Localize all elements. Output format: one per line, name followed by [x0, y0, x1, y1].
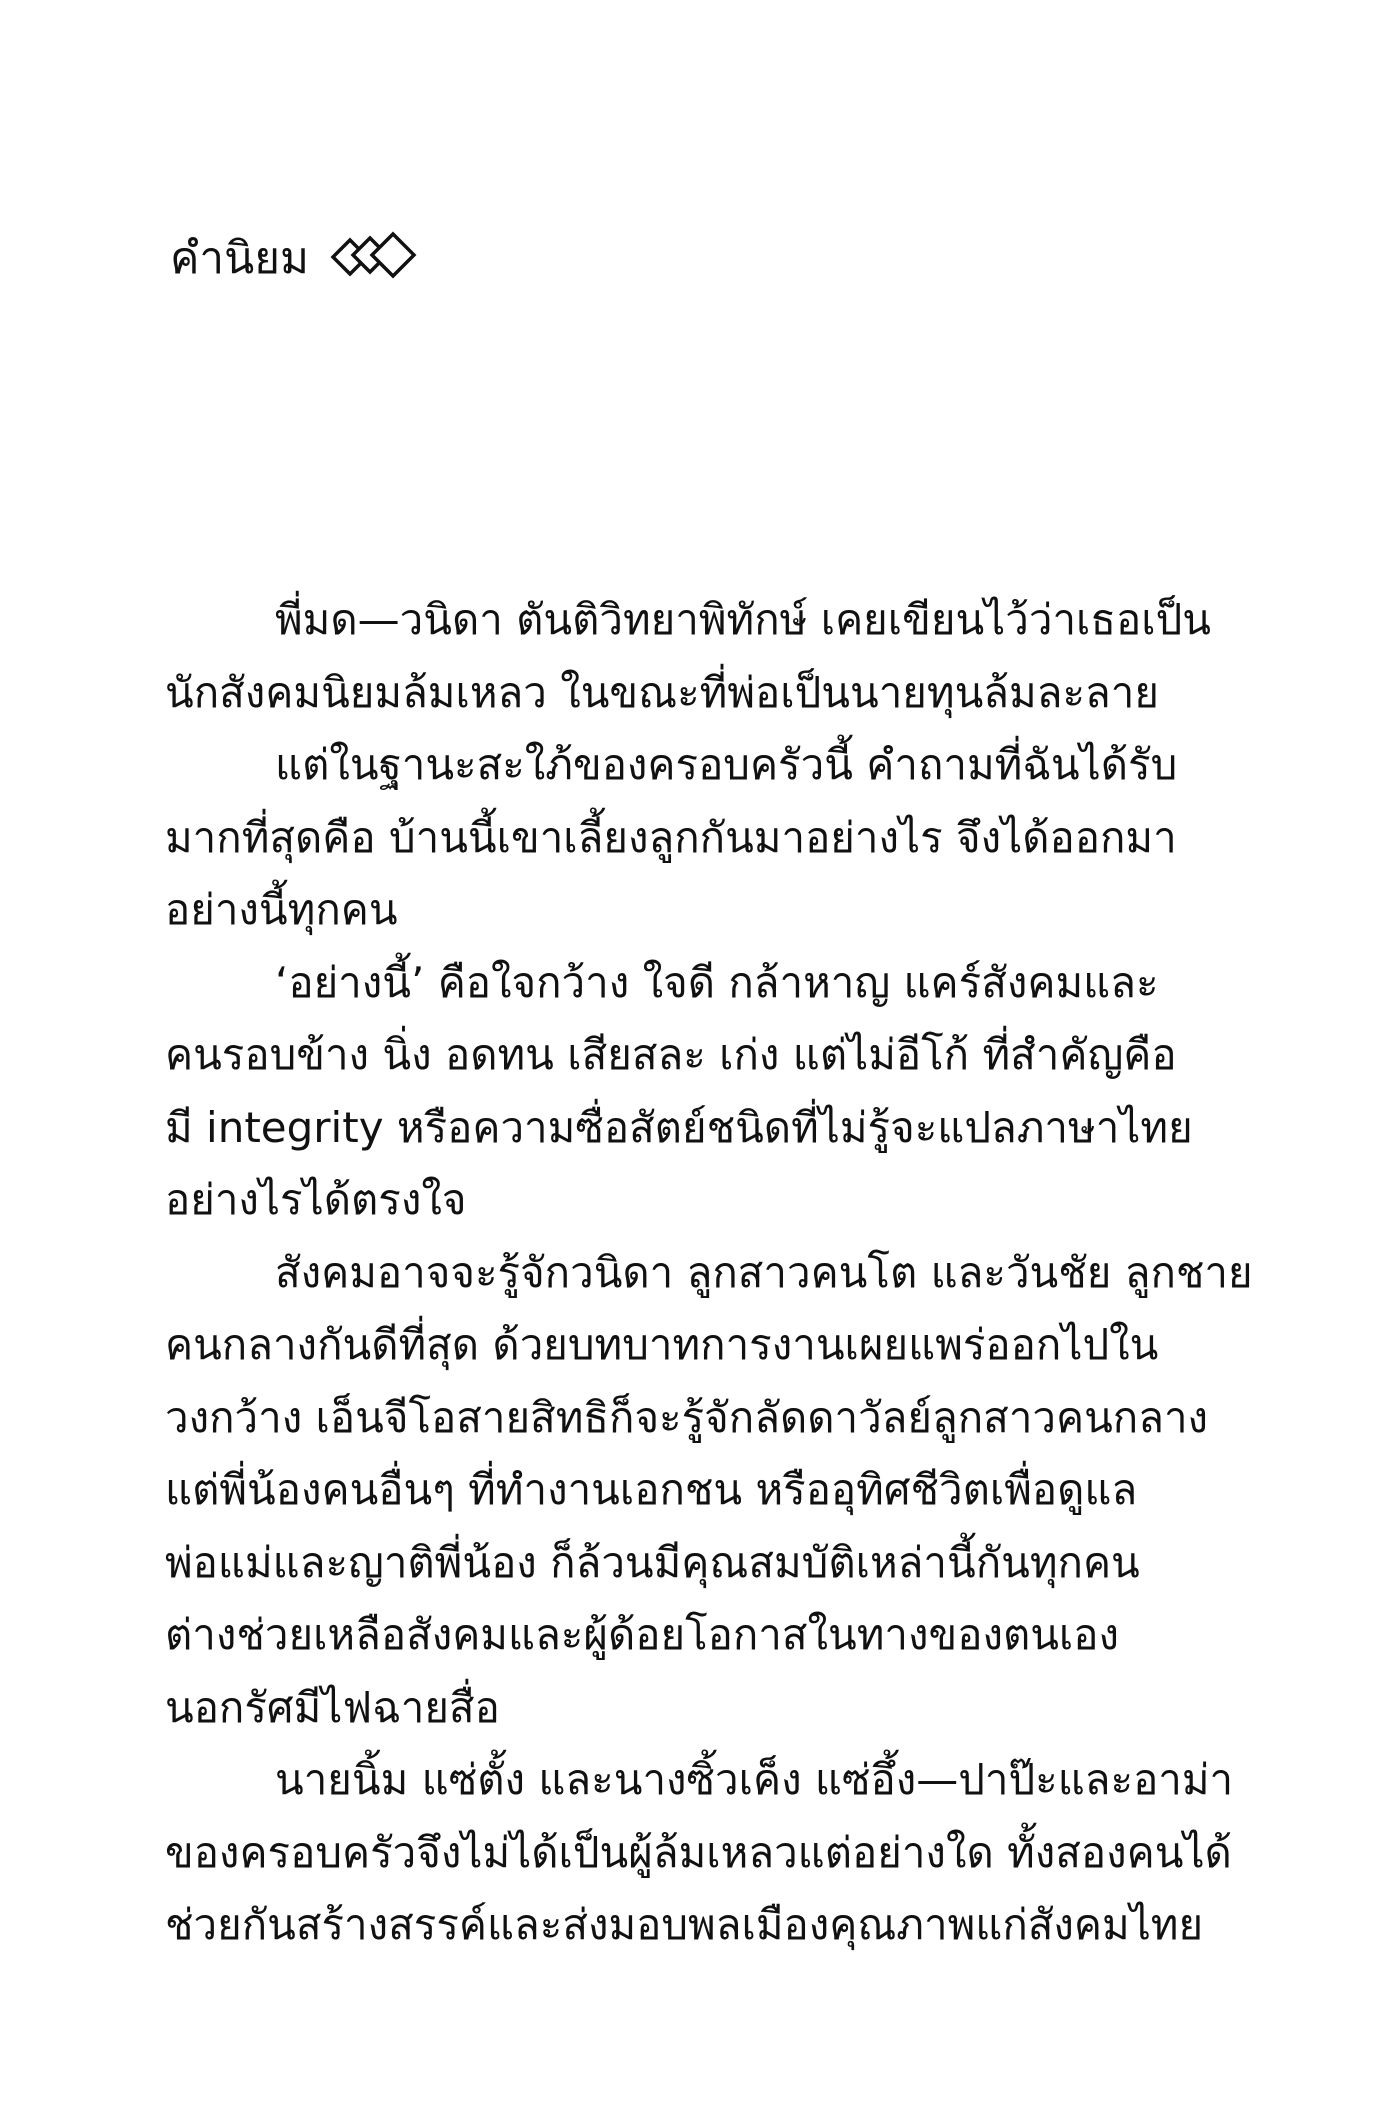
- text-line: นักสังคมนิยมล้มเหลว ในขณะที่พ่อเป็นนายทุ…: [165, 657, 1250, 730]
- chapter-title: คำนิยม: [170, 228, 309, 290]
- text-line: มี integrity หรือความซื่อสัตย์ชนิดที่ไม่…: [165, 1092, 1250, 1165]
- text-line: ต่างช่วยเหลือสังคมและผู้ด้อยโอกาสในทางขอ…: [165, 1599, 1250, 1672]
- chapter-heading: คำนิยม: [170, 228, 417, 290]
- text-line: แต่ในฐานะสะใภ้ของครอบครัวนี้ คำถามที่ฉัน…: [165, 729, 1250, 802]
- text-line: นายนิ้ม แซ่ตั้ง และนางซิ้วเค็ง แซ่อึ้ง—ป…: [165, 1744, 1250, 1817]
- text-line: ช่วยกันสร้างสรรค์และส่งมอบพลเมืองคุณภาพแ…: [165, 1889, 1250, 1962]
- triple-diamond-ornament-icon: [329, 230, 417, 284]
- text-line: แต่พี่น้องคนอื่นๆ ที่ทำงานเอกชน หรืออุทิ…: [165, 1454, 1250, 1527]
- text-line: วงกว้าง เอ็นจีโอสายสิทธิก็จะรู้จักลัดดาว…: [165, 1382, 1250, 1455]
- text-line: คนกลางกันดีที่สุด ด้วยบทบาทการงานเผยแพร่…: [165, 1309, 1250, 1382]
- text-line: ‘อย่างนี้’ คือใจกว้าง ใจดี กล้าหาญ แคร์ส…: [165, 947, 1250, 1020]
- text-line: อย่างนี้ทุกคน: [165, 874, 1250, 947]
- text-line: มากที่สุดคือ บ้านนี้เขาเลี้ยงลูกกันมาอย่…: [165, 802, 1250, 875]
- text-line: คนรอบข้าง นิ่ง อดทน เสียสละ เก่ง แต่ไม่อ…: [165, 1019, 1250, 1092]
- text-line: อย่างไรได้ตรงใจ: [165, 1164, 1250, 1237]
- text-line: พี่มด—วนิดา ตันติวิทยาพิทักษ์ เคยเขียนไว…: [165, 584, 1250, 657]
- body-text: พี่มด—วนิดา ตันติวิทยาพิทักษ์ เคยเขียนไว…: [165, 584, 1250, 1962]
- text-line: ของครอบครัวจึงไม่ได้เป็นผู้ล้มเหลวแต่อย่…: [165, 1817, 1250, 1890]
- text-line: นอกรัศมีไฟฉายสื่อ: [165, 1672, 1250, 1745]
- book-page: คำนิยม พี่มด—วนิดา ตันติวิทยาพิทักษ์ เคย…: [0, 0, 1400, 2122]
- text-line: พ่อแม่และญาติพี่น้อง ก็ล้วนมีคุณสมบัติเห…: [165, 1527, 1250, 1600]
- text-line: สังคมอาจจะรู้จักวนิดา ลูกสาวคนโต และวันช…: [165, 1237, 1250, 1310]
